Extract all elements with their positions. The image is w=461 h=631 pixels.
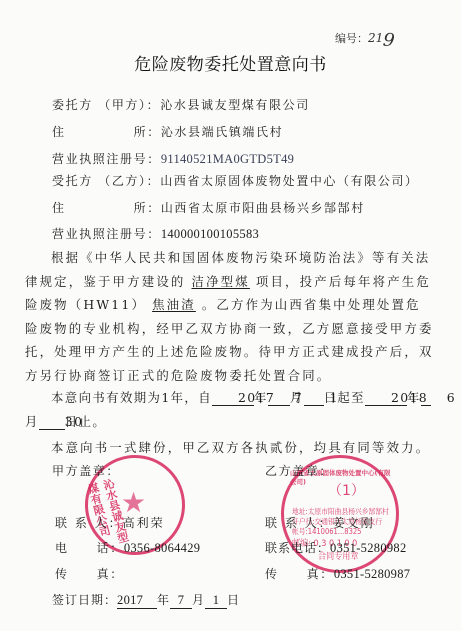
signing-date-row: 签订日期：2017年7月1日 — [52, 591, 240, 609]
phone-label-2: 话： — [97, 541, 124, 555]
party-b-phone: 0351-5280982 — [330, 541, 407, 555]
end-day: 30 — [39, 414, 65, 430]
address-label-2: 所： — [134, 125, 161, 139]
month-char: 月 — [192, 593, 205, 607]
start-day: 1 — [304, 390, 324, 406]
party-a-license-row: 营业执照注册号：91140521MA0GTD5T49 — [52, 150, 294, 167]
year-char: 年 — [407, 390, 421, 405]
party-b-license-row: 营业执照注册号：140000100105583 — [52, 225, 259, 242]
license-label: 营业执照注册号： — [52, 152, 161, 166]
serial-number: 编号：219 — [335, 26, 395, 47]
phone-label: 联系电话： — [265, 541, 330, 555]
year-char: 年 — [254, 390, 268, 405]
party-a-name: 沁水县诚友型煤有限公司 — [160, 98, 310, 112]
fax-label-2: 真： — [97, 567, 124, 581]
phone-label-1: 电 — [55, 541, 69, 555]
serial-value: 21 — [368, 31, 383, 45]
paragraph-text: 日止。 — [65, 414, 106, 429]
party-b-phone-row: 联系电话：0351-5280982 — [265, 539, 407, 556]
party-b-fax-row: 传真：0351-5280987 — [265, 565, 410, 582]
end-year: 2018 — [365, 390, 407, 406]
address-label-1: 住 — [52, 201, 66, 215]
party-a-label: 委托方 （甲方）： — [52, 98, 160, 112]
body-paragraph-2: 本意向书有效期为1年，自2017年7月1日起至2018年6月30日止。 — [25, 386, 435, 433]
party-b-seal-label: 乙方盖章： — [265, 462, 333, 479]
year-char: 年 — [157, 593, 170, 607]
party-a-contact-row: 联 系 人：高利荣 — [55, 514, 165, 531]
waste-name: 焦油渣 — [146, 297, 202, 312]
party-a-address-row: 住所：沁水县端氏镇端氏村 — [52, 123, 283, 140]
month-char: 月 — [290, 390, 304, 405]
signing-date-label: 签订日期： — [52, 593, 117, 607]
day-char: 日 — [227, 593, 240, 607]
fax-label-1: 传 — [55, 567, 69, 581]
party-b-fax: 0351-5280987 — [334, 567, 411, 581]
party-a-phone: 0356-8064429 — [124, 541, 201, 555]
party-a-phone-row: 电话：0356-8064429 — [55, 539, 200, 556]
party-b-address-row: 住所：山西省太原市阳曲县杨兴乡郜郜村 — [52, 199, 365, 216]
party-a-seal-label: 甲方盖章： — [52, 462, 120, 479]
serial-label: 编号： — [335, 32, 368, 45]
fax-label-1: 传 — [265, 567, 279, 581]
start-year: 2017 — [212, 390, 254, 406]
body-paragraph-3: 本意向书一式肆份，甲乙双方各执贰份，均具有同等效力。 — [25, 436, 435, 460]
paragraph-text: 日起至 — [324, 390, 365, 405]
party-b-license: 140000100105583 — [161, 227, 259, 241]
party-a-license: 91140521MA0GTD5T49 — [161, 152, 294, 166]
party-b-label: 受托方 （乙方）： — [52, 174, 160, 188]
address-label-1: 住 — [52, 125, 66, 139]
signing-year: 2017 — [117, 593, 157, 609]
fax-label-2: 真： — [307, 567, 334, 581]
address-label-2: 所： — [134, 201, 161, 215]
license-label: 营业执照注册号： — [52, 227, 161, 241]
party-a-address: 沁水县端氏镇端氏村 — [161, 125, 283, 139]
body-paragraph-1: 根据《中华人民共和国固体废物污染环境防治法》等有关法律规定，鉴于甲方建设的洁净型… — [25, 246, 435, 387]
serial-value-last: 9 — [382, 29, 396, 51]
end-month: 6 — [421, 390, 431, 406]
party-a-contact: 高利荣 — [123, 516, 165, 530]
start-month: 7 — [268, 390, 290, 406]
project-name: 洁净型煤 — [186, 274, 256, 289]
signing-day: 1 — [205, 593, 227, 609]
party-b-name-row: 受托方 （乙方）：山西省太原固体废物处置中心（有限公司） — [52, 172, 419, 189]
party-a-name-row: 委托方 （甲方）：沁水县诚友型煤有限公司 — [52, 96, 310, 113]
contact-label: 联 系 人： — [55, 516, 123, 530]
party-a-fax-row: 传真： — [55, 565, 124, 582]
party-b-contact: 姜文刚 — [333, 516, 375, 530]
party-b-contact-row: 联 系 人：姜文刚 — [265, 514, 375, 531]
signing-month: 7 — [170, 593, 192, 609]
contact-label: 联 系 人： — [265, 516, 333, 530]
paragraph-text: 本意向书有效期为1年，自 — [51, 390, 212, 405]
seal-number: （1） — [328, 480, 365, 500]
month-char: 月 — [25, 414, 39, 429]
document-title: 危险废物委托处置意向书 — [0, 50, 461, 75]
party-b-name: 山西省太原固体废物处置中心（有限公司） — [160, 174, 418, 188]
party-b-address: 山西省太原市阳曲县杨兴乡郜郜村 — [161, 201, 365, 215]
